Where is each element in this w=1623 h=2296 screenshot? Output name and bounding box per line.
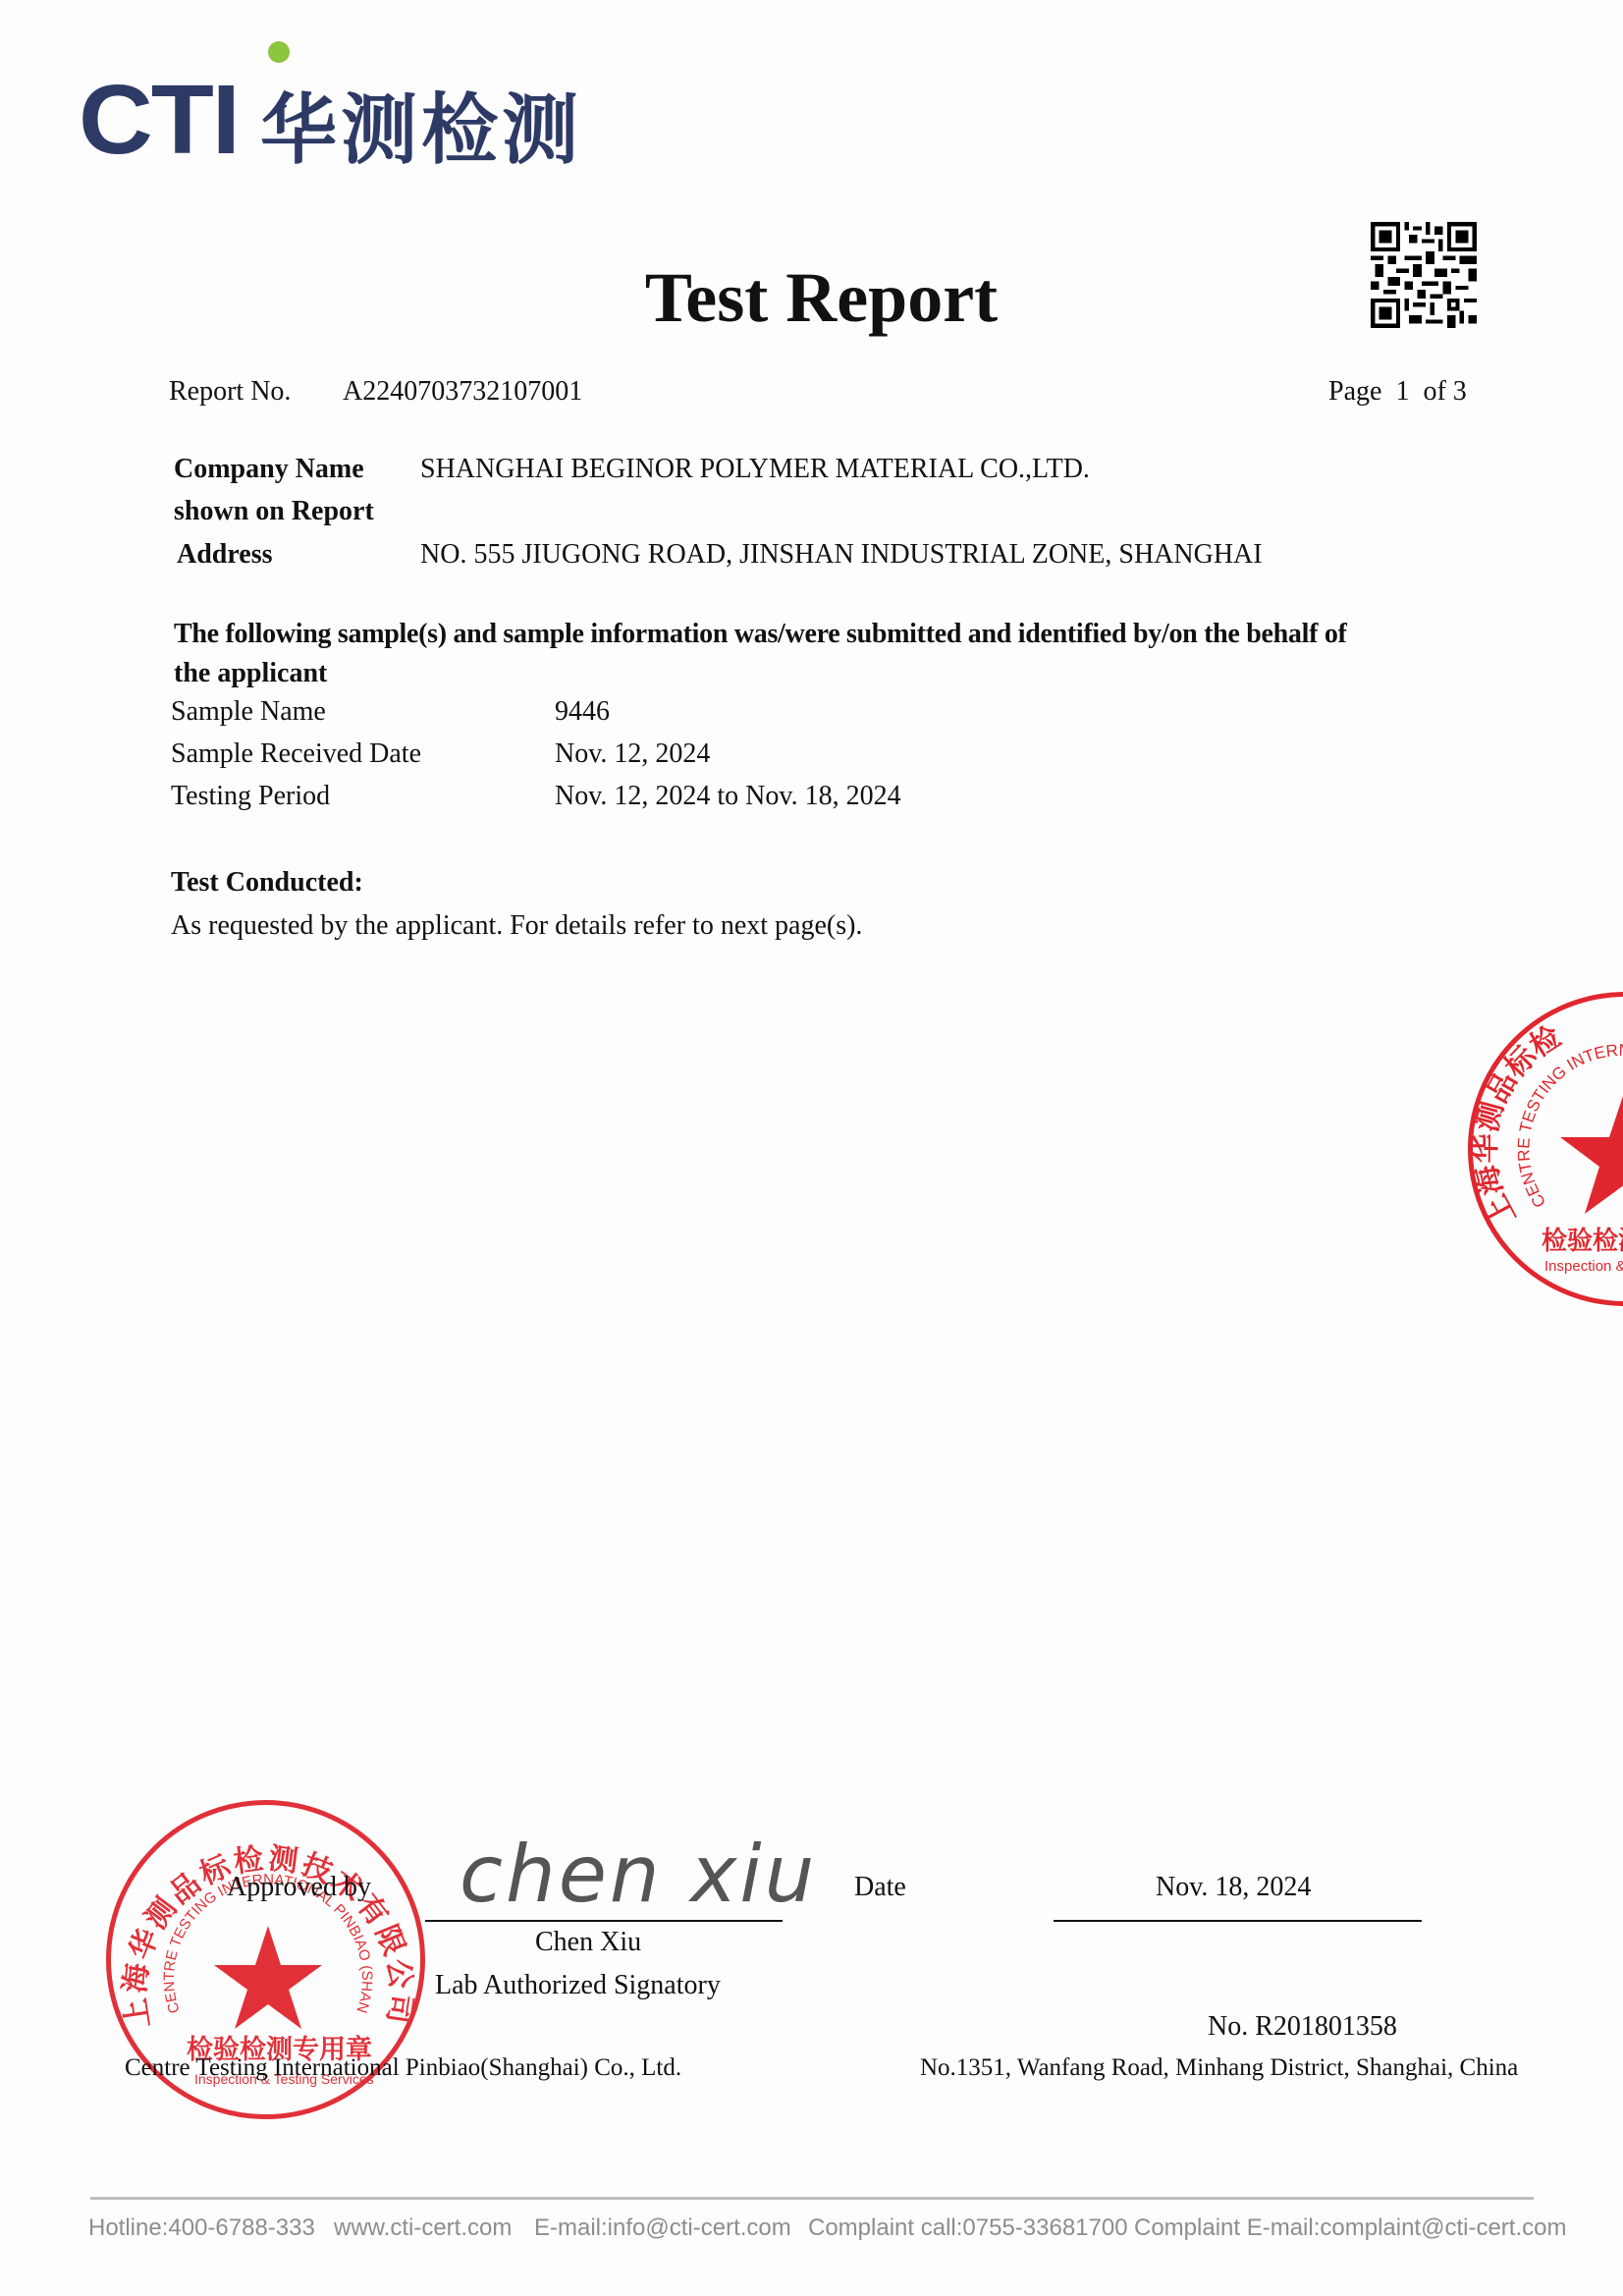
lab-name: Centre Testing International Pinbiao(Sha… [125, 2054, 681, 2082]
logo-chinese-text: 华测检测 [260, 92, 582, 169]
date-line [1054, 1920, 1422, 1922]
page-label: Page [1328, 376, 1381, 407]
approval-date: Nov. 18, 2024 [1156, 1872, 1311, 1903]
sample-name-value: 9446 [555, 696, 610, 728]
report-number-label: Report No. [169, 376, 291, 408]
footer-email[interactable]: E-mail:info@cti-cert.com [534, 2214, 791, 2242]
signature-line [425, 1920, 783, 1922]
lab-address: No.1351, Wanfang Road, Minhang District,… [920, 2054, 1518, 2082]
logo-cti-text: CTI [79, 71, 239, 169]
sample-intro-line2: the applicant [174, 658, 327, 689]
page-indicator: Page 1 of 3 [1328, 376, 1467, 408]
seal-right-cn-bottom: 检验检测 [1542, 1226, 1623, 1256]
sample-received-value: Nov. 12, 2024 [555, 738, 710, 770]
approved-by-label: Approved by [227, 1872, 371, 1903]
test-conducted-heading: Test Conducted: [171, 867, 363, 899]
page-current: 1 [1395, 376, 1409, 407]
seal-stamp-right: 上海华测品标检 CENTRE TESTING INTERNATION 检验检测 … [1468, 992, 1623, 1306]
footer-divider [90, 2197, 1534, 2200]
footer-complaint-email[interactable]: Complaint E-mail:complaint@cti-cert.com [1134, 2214, 1566, 2242]
company-address: NO. 555 JIUGONG ROAD, JINSHAN INDUSTRIAL… [420, 539, 1263, 571]
sample-intro-line1: The following sample(s) and sample infor… [174, 619, 1347, 650]
sample-received-label: Sample Received Date [171, 738, 421, 770]
signatory-title: Lab Authorized Signatory [435, 1970, 721, 2001]
company-name-label-line2: shown on Report [174, 496, 374, 527]
logo-dot-icon [268, 41, 290, 63]
company-logo: CTI 华测检测 [79, 61, 582, 169]
sample-name-label: Sample Name [171, 696, 326, 728]
page-title: Test Report [0, 257, 1623, 339]
seal-right-en-bottom: Inspection & T [1544, 1258, 1623, 1275]
signatory-name: Chen Xiu [535, 1927, 641, 1958]
testing-period-label: Testing Period [171, 781, 330, 812]
footer-complaint-call: Complaint call:0755-33681700 [808, 2214, 1128, 2242]
seal-star-icon: 上海华测品标检 CENTRE TESTING INTERNATION 检验检测 … [1468, 992, 1623, 1306]
certificate-number: No. R201801358 [1208, 2011, 1397, 2043]
address-label: Address [177, 539, 273, 571]
footer-hotline: Hotline:400-6788-333 [88, 2214, 315, 2242]
footer-website[interactable]: www.cti-cert.com [334, 2214, 512, 2242]
test-conducted-text: As requested by the applicant. For detai… [171, 910, 862, 942]
page-total: of 3 [1423, 376, 1466, 407]
testing-period-value: Nov. 12, 2024 to Nov. 18, 2024 [555, 781, 901, 812]
company-name-label-line1: Company Name [174, 454, 364, 485]
company-name: SHANGHAI BEGINOR POLYMER MATERIAL CO.,LT… [420, 454, 1090, 485]
signature: chen xiu [460, 1829, 817, 1920]
date-label: Date [854, 1872, 906, 1903]
report-number: A2240703732107001 [343, 376, 582, 408]
